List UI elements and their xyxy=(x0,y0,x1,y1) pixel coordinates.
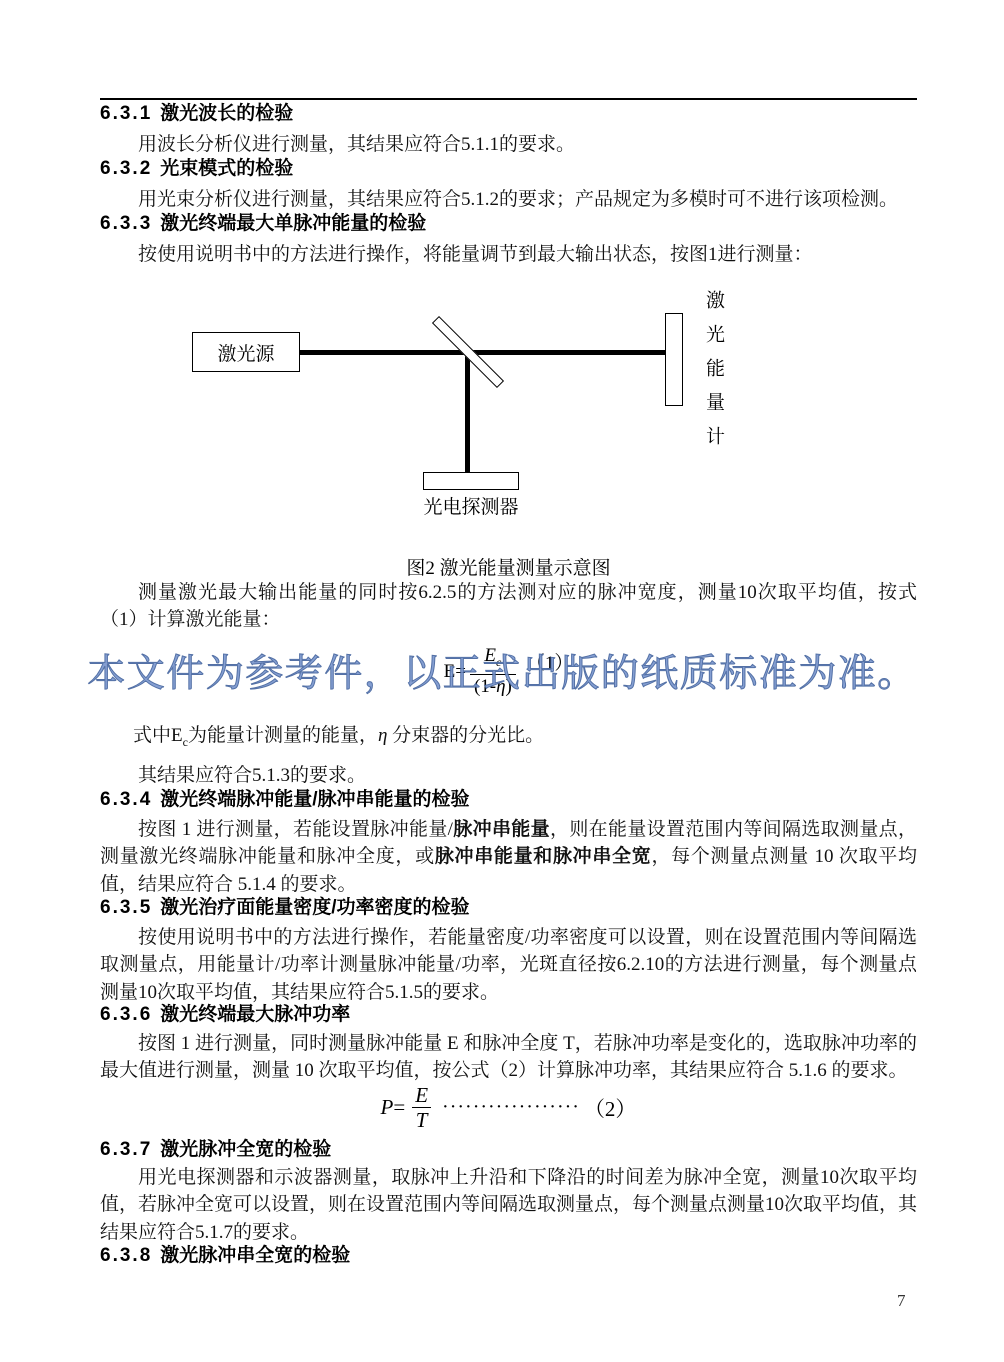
figure-energy-measurement-diagram: 激光源 光电探测器 激光能量计 xyxy=(100,285,917,535)
section-632-heading: 6.3.2 光束模式的检验 xyxy=(100,158,917,180)
watermark-text: 本文件为参考件，以正式出版的纸质标准为准。 xyxy=(87,650,917,698)
section-632-body: 用光束分析仪进行测量，其结果应符合5.1.2的要求；产品规定为多模时可不进行该项… xyxy=(100,186,917,213)
section-634-text-1: 按图 1 进行测量，若能设置脉冲能量/ xyxy=(138,819,453,840)
section-632-title: 光束模式的检验 xyxy=(160,158,293,179)
section-636-number: 6.3.6 xyxy=(100,1004,155,1026)
energy-meter-label: 激光能量计 xyxy=(700,290,727,460)
formula1-result: 其结果应符合5.1.3的要求。 xyxy=(100,762,917,789)
section-638-title: 激光脉冲串全宽的检验 xyxy=(160,1245,350,1266)
section-638-number: 6.3.8 xyxy=(100,1245,155,1267)
document-page: 6.3.1 激光波长的检验 用波长分析仪进行测量，其结果应符合5.1.1的要求。… xyxy=(0,0,1004,1362)
formula1-note: 式中Ec为能量计测量的能量，η 分束器的分光比。 xyxy=(100,722,950,756)
formula2-denominator: T xyxy=(412,1107,432,1132)
section-635-title: 激光治疗面能量密度/功率密度的检验 xyxy=(160,897,469,918)
header-rule xyxy=(100,98,917,100)
formula2-fraction: E T xyxy=(409,1083,434,1132)
section-633-body: 按使用说明书中的方法进行操作，将能量调节到最大输出状态，按图1进行测量： xyxy=(100,241,917,268)
section-634-title: 激光终端脉冲能量/脉冲串能量的检验 xyxy=(160,789,469,810)
section-634-bold-1: 脉冲串能量 xyxy=(453,819,550,840)
section-636-heading: 6.3.6 激光终端最大脉冲功率 xyxy=(100,1004,917,1026)
formula2-lhs: P xyxy=(381,1095,394,1120)
section-633-number: 6.3.3 xyxy=(100,213,155,235)
section-634-body: 按图 1 进行测量，若能设置脉冲能量/脉冲串能量，则在能量设置范围内等间隔选取测… xyxy=(100,816,917,898)
formula2-dot-leader: ·················· xyxy=(442,1096,580,1119)
photodetector-box xyxy=(423,472,519,490)
section-632-number: 6.3.2 xyxy=(100,158,155,180)
formula-2: P = E T ·················· （2） xyxy=(100,1083,917,1132)
section-637-number: 6.3.7 xyxy=(100,1139,155,1161)
section-637-body: 用光电探测器和示波器测量，取脉冲上升沿和下降沿的时间差为脉冲全宽，测量10次取平… xyxy=(100,1164,917,1246)
split-beam-line xyxy=(465,352,470,472)
formula1-note-mid: 为能量计测量的能量， xyxy=(188,725,378,746)
formula2-equals: = xyxy=(393,1095,405,1120)
section-631-body: 用波长分析仪进行测量，其结果应符合5.1.1的要求。 xyxy=(100,131,917,158)
section-635-heading: 6.3.5 激光治疗面能量密度/功率密度的检验 xyxy=(100,897,917,919)
photodetector-label: 光电探测器 xyxy=(413,492,529,519)
figure-caption: 图2 激光能量测量示意图 xyxy=(100,553,917,580)
formula1-note-pre: 式中E xyxy=(133,725,183,746)
formula2-numerator: E xyxy=(409,1083,434,1107)
section-633-heading: 6.3.3 激光终端最大单脉冲能量的检验 xyxy=(100,213,917,235)
formula1-note-eta: η xyxy=(378,725,387,746)
section-637-title: 激光脉冲全宽的检验 xyxy=(160,1139,331,1160)
main-beam-line xyxy=(300,350,665,355)
formula2-label: （2） xyxy=(584,1093,637,1123)
laser-source-label: 激光源 xyxy=(217,339,274,366)
section-635-number: 6.3.5 xyxy=(100,897,155,919)
energy-meter-bar xyxy=(665,313,683,406)
formula1-intro: 测量激光最大输出能量的同时按6.2.5的方法测对应的脉冲宽度，测量10次取平均值… xyxy=(100,579,917,634)
section-636-title: 激光终端最大脉冲功率 xyxy=(160,1004,350,1025)
section-634-number: 6.3.4 xyxy=(100,789,155,811)
section-634-heading: 6.3.4 激光终端脉冲能量/脉冲串能量的检验 xyxy=(100,789,917,811)
section-636-body: 按图 1 进行测量，同时测量脉冲能量 E 和脉冲全度 T，若脉冲功率是变化的，选… xyxy=(100,1030,917,1085)
laser-source-box: 激光源 xyxy=(192,332,300,372)
section-633-title: 激光终端最大单脉冲能量的检验 xyxy=(160,213,426,234)
section-637-heading: 6.3.7 激光脉冲全宽的检验 xyxy=(100,1139,917,1161)
section-631-heading: 6.3.1 激光波长的检验 xyxy=(100,103,917,125)
section-631-title: 激光波长的检验 xyxy=(160,103,293,124)
page-number: 7 xyxy=(897,1291,906,1311)
section-634-bold-2: 脉冲串能量和脉冲串全宽 xyxy=(435,846,652,867)
section-638-heading: 6.3.8 激光脉冲串全宽的检验 xyxy=(100,1245,917,1267)
formula1-note-post: 分束器的分光比。 xyxy=(387,725,544,746)
section-631-number: 6.3.1 xyxy=(100,103,155,125)
section-635-body: 按使用说明书中的方法进行操作，若能量密度/功率密度可以设置，则在设置范围内等间隔… xyxy=(100,924,917,1006)
